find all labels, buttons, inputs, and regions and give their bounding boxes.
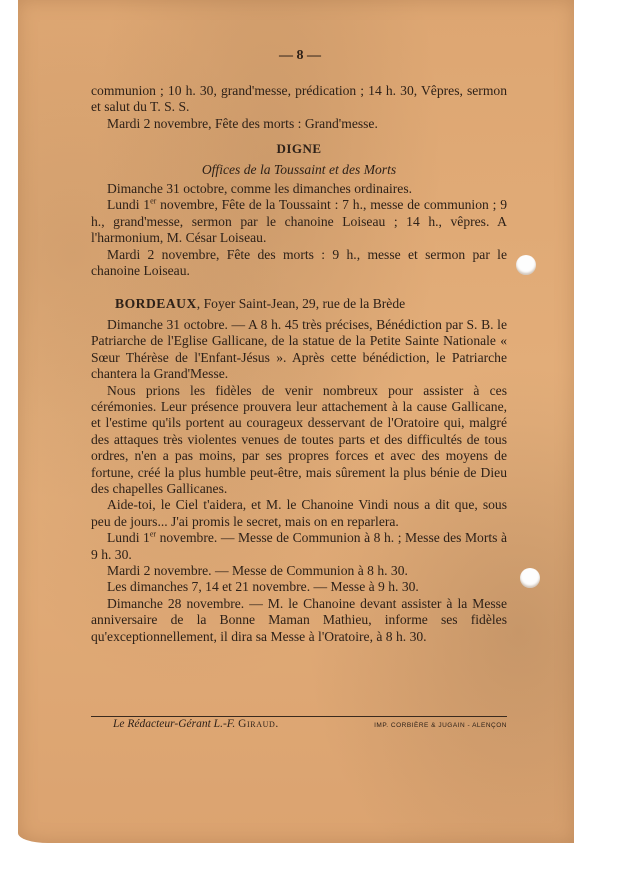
- paragraph: Les dimanches 7, 14 et 21 novembre. — Me…: [91, 579, 507, 595]
- footer: Le Rédacteur-Gérant L.-F. Giraud. IMP. C…: [113, 718, 507, 730]
- printer-credit: IMP. CORBIÈRE & JUGAIN - ALENÇON: [374, 722, 507, 729]
- paragraph: Dimanche 28 novembre. — M. le Chanoine d…: [91, 596, 507, 645]
- continuation-paragraph: Mardi 2 novembre, Fête des morts : Grand…: [91, 116, 507, 132]
- section-heading-bordeaux: BORDEAUX, Foyer Saint-Jean, 29, rue de l…: [91, 296, 507, 312]
- section-subheading: Offices de la Toussaint et des Morts: [91, 162, 507, 178]
- paragraph: Dimanche 31 octobre. — A 8 h. 45 très pr…: [91, 317, 507, 383]
- paragraph: Aide-toi, le Ciel t'aidera, et M. le Cha…: [91, 497, 507, 530]
- section-heading-digne: DIGNE: [91, 141, 507, 157]
- paragraph: Mardi 2 novembre. — Messe de Communion à…: [91, 563, 507, 579]
- footer-divider: [91, 716, 507, 717]
- page-number: — 8 —: [0, 48, 600, 64]
- page-body: communion ; 10 h. 30, grand'messe, prédi…: [91, 83, 507, 645]
- punch-hole: [520, 568, 540, 588]
- paragraph: Lundi 1er novembre, Fête de la Toussaint…: [91, 197, 507, 246]
- paragraph: Nous prions les fidèles de venir nombreu…: [91, 383, 507, 498]
- paragraph: Dimanche 31 octobre, comme les dimanches…: [91, 181, 507, 197]
- editor-credit: Le Rédacteur-Gérant L.-F. Giraud.: [113, 718, 279, 730]
- paragraph: Lundi 1er novembre. — Messe de Communion…: [91, 530, 507, 563]
- punch-hole: [516, 255, 536, 275]
- paragraph: Mardi 2 novembre, Fête des morts : 9 h.,…: [91, 247, 507, 280]
- continuation-paragraph: communion ; 10 h. 30, grand'messe, prédi…: [91, 83, 507, 116]
